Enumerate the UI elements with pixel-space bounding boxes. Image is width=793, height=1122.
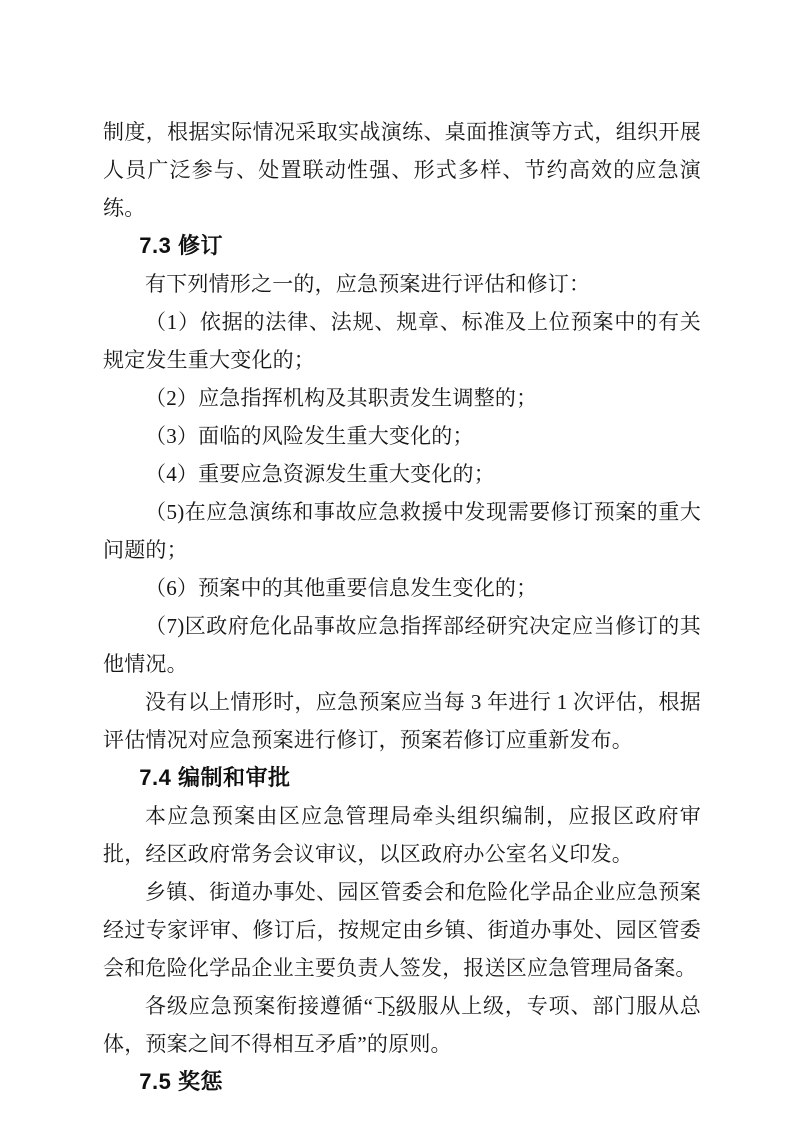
section-heading-7-5: 7.5 奖惩: [103, 1063, 701, 1101]
paragraph-township-plans: 乡镇、街道办事处、园区管委会和危险化学品企业应急预案经过专家评审、修订后，按规定…: [103, 873, 701, 987]
page-number: - 25 -: [377, 1004, 416, 1020]
section-heading-7-4: 7.4 编制和审批: [103, 759, 701, 797]
document-page: 制度，根据实际情况采取实战演练、桌面推演等方式，组织开展人员广泛参与、处置联动性…: [0, 0, 793, 1122]
paragraph-compilation-approval: 本应急预案由区应急管理局牵头组织编制，应报区政府审批，经区政府常务会议审议，以区…: [103, 797, 701, 873]
section-heading-7-3: 7.3 修订: [103, 227, 701, 265]
list-item-4: （4）重要应急资源发生重大变化的；: [103, 455, 701, 493]
list-item-5: （5)在应急演练和事故应急救援中发现需要修订预案的重大问题的；: [103, 493, 701, 569]
list-item-6: （6）预案中的其他重要信息发生变化的；: [103, 569, 701, 607]
paragraph-evaluation-cycle: 没有以上情形时，应急预案应当每 3 年进行 1 次评估，根据评估情况对应急预案进…: [103, 683, 701, 759]
paragraph-continuation: 制度，根据实际情况采取实战演练、桌面推演等方式，组织开展人员广泛参与、处置联动性…: [103, 113, 701, 227]
list-item-7: （7)区政府危化品事故应急指挥部经研究决定应当修订的其他情况。: [103, 607, 701, 683]
list-item-3: （3）面临的风险发生重大变化的；: [103, 417, 701, 455]
list-item-2: （2）应急指挥机构及其职责发生调整的；: [103, 379, 701, 417]
paragraph-revision-intro: 有下列情形之一的，应急预案进行评估和修订：: [103, 265, 701, 303]
paragraph-plan-hierarchy: 各级应急预案衔接遵循“下级服从上级，专项、部门服从总体，预案之间不得相互矛盾”的…: [103, 987, 701, 1063]
page-footer: - 25 -: [0, 1001, 793, 1023]
list-item-1: （1）依据的法律、法规、规章、标准及上位预案中的有关规定发生重大变化的；: [103, 303, 701, 379]
